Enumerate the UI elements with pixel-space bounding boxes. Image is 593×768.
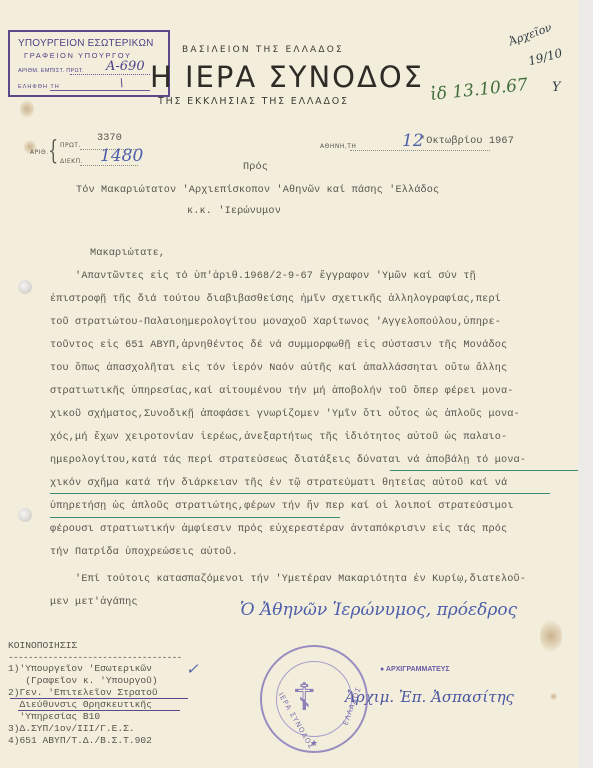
- received-annotation: ἰδ 13.10.67: [429, 75, 529, 105]
- archbishop-signature: Ὁ Ἀθηνῶν Ἱερώνυμος, πρόεδρος: [240, 600, 517, 620]
- green-underline: [50, 517, 340, 518]
- body-line: τοῦντος εἰς 651 ΑΒΥΠ,ἀρνηθέντος δέ νά συ…: [50, 340, 507, 351]
- distribution-item: (Γραφεῖον κ. 'Υπουργοῦ): [8, 675, 158, 686]
- distribution-item: 4)651 ΑΒΥΠ/Τ.Δ./Β.Σ.Τ.902: [8, 735, 152, 746]
- punch-hole: [18, 280, 32, 294]
- distribution-item: Διεύθυνσις Θρησκευτικῆς: [8, 699, 152, 710]
- distribution-item: 'Υπηρεσίας Β10: [8, 711, 100, 722]
- stamp-ministry: ΥΠΟΥΡΓΕΙΟΝ ΕΣΩΤΕΡΙΚΩΝ: [18, 38, 154, 49]
- body-line: ἐπιστροφῇ τῆς διά τούτου διαβιβασθείσης …: [50, 294, 501, 305]
- distribution-title: ΚΟΙΝΟΠΟΙΗΣΙΣ: [8, 640, 77, 651]
- ref-diekp-value: 1480: [100, 146, 143, 166]
- stamp-dotted-line: [70, 74, 150, 75]
- stain: [20, 100, 34, 118]
- addressee-line1: Τόν Μακαριώτατον 'Αρχιεπίσκοπον 'Αθηνῶν …: [76, 185, 439, 196]
- stain: [550, 693, 557, 700]
- closing-line: μεν μετ'ἀγάπης: [50, 597, 138, 608]
- place-label: ΑΘΗΝΗ,ΤΗ: [320, 143, 356, 150]
- green-underline: [50, 493, 550, 494]
- body-line: ημερολογίτου,κατά τάς περί στρατεύσεως δ…: [50, 455, 526, 466]
- letterhead-title: Η ΙΕΡΑ ΣΥΝΟΔΟΣ: [150, 60, 424, 94]
- secretary-title: ● ΑΡΧΙΓΡΑΜΜΑΤΕΥΣ: [380, 666, 450, 673]
- archive-date: 19/10: [527, 46, 564, 68]
- archive-annotation: Ἀρχεῖον: [507, 21, 553, 48]
- stamp-dash-mark: /: [118, 76, 126, 90]
- ref-arith-label: ΑΡΙΘ.: [30, 149, 49, 156]
- closing-line: 'Επί τούτοις κατασπαζόμενοι τήν 'Υμετέρα…: [50, 574, 526, 585]
- ref-diekp-label: ΔΙΕΚΠ.: [60, 158, 83, 165]
- body-line: χός,μή ἔχων χειροτονίαν ἱερέως,ἀνεξαρτήτ…: [50, 432, 507, 443]
- body-line: στρατιωτικῆς ὑπηρεσίας,καί αἰτουμένου τή…: [50, 386, 514, 397]
- date-month-year: 'Οκτωβρίου 1967: [420, 136, 514, 147]
- body-line: τοῦ στρατιώτου-Παλαιοημερολογίτου μοναχο…: [50, 317, 501, 328]
- stamp-protocol-number: Α-690: [106, 59, 145, 74]
- ref-prot-value: 3370: [97, 133, 122, 144]
- body-line: φέρουσι στρατιωτικήν ἀμφίεσιν πρός εὐχερ…: [50, 524, 507, 535]
- body-line: χικόν σχῆμα κατά τήν διάρκειαν τῆς ἐν τῷ…: [50, 478, 507, 489]
- salutation: Μακαριώτατε,: [90, 248, 165, 259]
- secretary-signature: Ἀρχιμ. Ἐπ. Ἀσπασίτης: [345, 688, 514, 706]
- synod-seal: ☦ ΙΕΡΑ ΣΥΝΟΔΟΣ ΕΛΛΑΔΟΣ ★: [260, 645, 368, 753]
- check-mark-icon: ✓: [186, 660, 199, 678]
- body-line: χικοῦ σχήματος,Συνοδικῇ ἀποφάσει γνωρίζο…: [50, 409, 520, 420]
- green-underline: [390, 470, 578, 471]
- punch-hole: [18, 508, 32, 522]
- archive-mark: Υ: [552, 80, 561, 95]
- addressee-line2: κ.κ. 'Ιερώνυμον: [187, 206, 281, 217]
- body-line: ὑπηρετήσῃ ὡς ἁπλοῦς στρατιώτης,φέρων τήν…: [50, 501, 514, 512]
- seal-star-icon: ★: [310, 739, 319, 749]
- body-line: του ὅπως ἀπασχολῆται εἰς τόν ἱερόν Ναόν …: [50, 363, 507, 374]
- letterhead-kingdom: ΒΑΣΙΛΕΙΟΝ ΤΗΣ ΕΛΛΑΔΟΣ: [182, 45, 344, 55]
- distribution-item: 2)Γεν. 'Επιτελεῖον Στρατοῦ: [8, 687, 158, 698]
- distribution-item: 3)Δ.ΣΥΠ/1ον/ΙΙΙ/Γ.Ε.Σ.: [8, 723, 135, 734]
- letter-page: ΥΠΟΥΡΓΕΙΟΝ ΕΣΩΤΕΡΙΚΩΝ ΓΡΑΦΕΙΟΝ ΥΠΟΥΡΓΟΥ …: [0, 0, 578, 768]
- ref-brace: {: [48, 136, 58, 166]
- letterhead-subtitle: ΤΗΣ ΕΚΚΛΗΣΙΑΣ ΤΗΣ ΕΛΛΑΔΟΣ: [158, 96, 349, 107]
- distribution-rule: -----------------------------------: [8, 652, 182, 663]
- body-line: 'Απαντῶντες εἰς τό ὑπ'ἀριθ.1968/2-9-67 ἔ…: [50, 271, 476, 282]
- ministry-received-stamp: ΥΠΟΥΡΓΕΙΟΝ ΕΣΩΤΕΡΙΚΩΝ ΓΡΑΦΕΙΟΝ ΥΠΟΥΡΓΟΥ …: [8, 30, 170, 97]
- ref-prot-label: ΠΡΩΤ.: [60, 142, 81, 149]
- scan-edge: [578, 0, 593, 768]
- body-line: τήν Πατρίδα ὑποχρεώσεις αὐτοῦ.: [50, 547, 238, 558]
- stain: [540, 620, 562, 652]
- addressee-pros: Πρός: [243, 162, 268, 173]
- distribution-item: 1)'Υπουργεῖον 'Εσωτερικῶν: [8, 663, 152, 674]
- stamp-received-line: [50, 90, 150, 91]
